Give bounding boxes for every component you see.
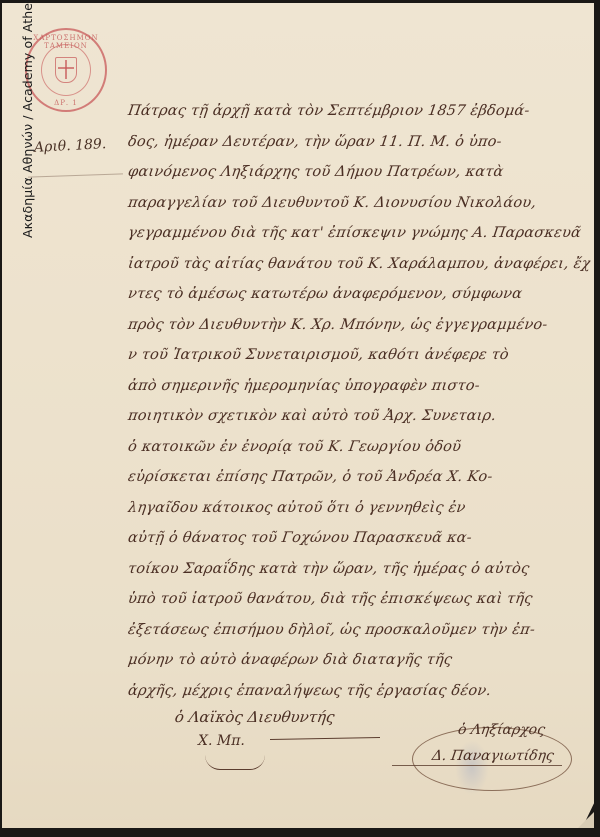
body-line: φαινόμενος Ληξιάρχης τοῦ Δήμου Πατρέων, … (126, 157, 592, 188)
body-line: ὁ κατοικῶν ἐν ἐνορίᾳ τοῦ Κ. Γεωργίου ὁδο… (126, 432, 592, 463)
stamp-inner-ring (41, 44, 91, 96)
coat-of-arms-icon (55, 57, 77, 83)
body-line: αὐτῇ ὁ θάνατος τοῦ Γοχώνου Παρασκευᾶ κα- (126, 523, 592, 554)
body-line: ποιητικὸν σχετικὸν καὶ αὐτὸ τοῦ Ἀρχ. Συν… (126, 401, 592, 432)
body-line: πρὸς τὸν Διευθυντὴν Κ. Χρ. Μπόνην, ὡς ἐγ… (126, 310, 592, 341)
revenue-stamp: ΧΑΡΤΟΣΗΜΟΝ ΤΑΜΕΙΟΝ ΔΡ. 1 (25, 28, 107, 112)
archive-watermark: Ακαδημία Αθηνών / Academy of Athens (20, 0, 35, 238)
signature-underline (392, 765, 562, 766)
body-line: παραγγελίαν τοῦ Διευθυντοῦ Κ. Διονυσίου … (126, 188, 592, 219)
body-line: ἀπὸ σημερινῆς ἡμερομηνίας ὑπογραφὲν πιστ… (126, 371, 592, 402)
body-line: ὑπὸ τοῦ ἰατροῦ θανάτου, διὰ τῆς ἐπισκέψε… (126, 584, 592, 615)
body-line: ν τοῦ Ἰατρικοῦ Συνεταιρισμοῦ, καθότι ἀνέ… (126, 340, 592, 371)
initials-flourish (205, 755, 265, 770)
document-scan-frame: ΧΑΡΤΟΣΗΜΟΝ ΤΑΜΕΙΟΝ ΔΡ. 1 Ακαδημία Αθηνών… (0, 0, 600, 837)
body-line: ληγαῖδου κάτοικος αὐτοῦ ὅτι ὁ γεννηθεὶς … (126, 493, 592, 524)
signatory-title: ὁ Ληξίαρχος (457, 722, 546, 738)
body-line: ἐξετάσεως ἐπισήμου δὴλοῖ, ὡς προσκαλοῦμε… (126, 615, 592, 646)
stamp-value-text: ΔΡ. 1 (27, 99, 105, 107)
body-line: μόνην τὸ αὐτὸ ἀναφέρων διὰ διαταγῆς τῆς (126, 645, 592, 676)
body-line: εὑρίσκεται ἐπίσης Πατρῶν, ὁ τοῦ Ἀνδρέα Χ… (126, 462, 592, 493)
body-line: ἰατροῦ τὰς αἰτίας θανάτου τοῦ Κ. Χαράλαμ… (126, 249, 592, 280)
body-line: δος, ἡμέραν Δευτέραν, τὴν ὥραν 11. Π. Μ.… (126, 127, 592, 158)
body-line: γεγραμμένου διὰ τῆς κατ' ἐπίσκεψιν γνώμη… (126, 218, 592, 249)
body-line: τοίκου Σαραΐδης κατὰ τὴν ὥραν, τῆς ἡμέρα… (126, 554, 592, 585)
closing-title: ὁ Λαϊκὸς Διευθυντής (174, 708, 336, 726)
body-line: ἀρχῆς, μέχρις ἐπαναλήψεως τῆς ἐργασίας δ… (126, 676, 592, 707)
signatory-name: Δ. Παναγιωτίδης (431, 748, 555, 764)
handwritten-body: Πάτρας τῇ ἀρχῇ κατὰ τὸν Σεπτέμβριον 1857… (128, 96, 590, 706)
body-line: Πάτρας τῇ ἀρχῇ κατὰ τὸν Σεπτέμβριον 1857… (126, 96, 592, 127)
body-line: ντες τὸ ἀμέσως κατωτέρω ἀναφερόμενον, σύ… (126, 279, 592, 310)
director-initials: Χ. Μπ. (198, 733, 245, 749)
